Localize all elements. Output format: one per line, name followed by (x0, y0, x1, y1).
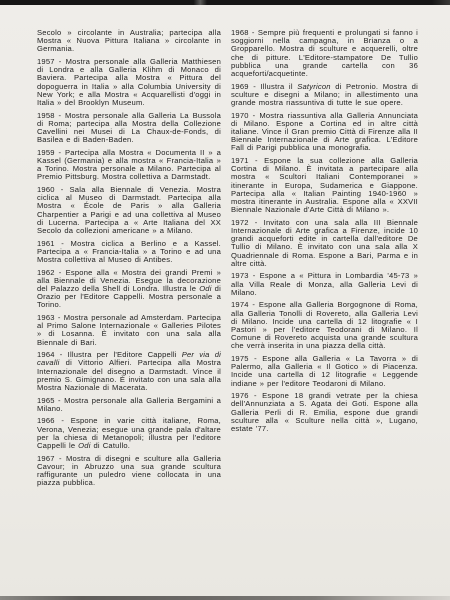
chronology-entry: 1968 - Sempre più frequenti e prolungati… (231, 29, 418, 78)
entry-text: Mostra riassuntiva alla Galleria Annunci… (231, 111, 418, 153)
chronology-entry: 1957 - Mostra personale alla Galleria Ma… (37, 58, 221, 107)
entry-text: Espone la sua collezione alla Galleria C… (231, 156, 418, 214)
chronology-entry: 1960 - Sala alla Biennale di Venezia. Mo… (37, 186, 221, 235)
chronology-entry: 1965 - Mostra personale alla Galleria Be… (37, 397, 221, 413)
scan-edge-top (0, 0, 450, 5)
chronology-entry: 1963 - Mostra personale ad Amsterdam. Pa… (37, 314, 221, 347)
chronology-entry: 1970 - Mostra riassuntiva alla Galleria … (231, 112, 418, 153)
entry-text: Partecipa alla Mostra « Documenta II » a… (37, 148, 221, 182)
chronology-entry: 1966 - Espone in varie città italiane, R… (37, 417, 221, 450)
chronology-entry: 1964 - Illustra per l'Editore Cappelli P… (37, 351, 221, 392)
chronology-entry: 1976 - Espone 18 grandi vetrate per la c… (231, 392, 418, 433)
chronology-entry: 1962 - Espone alla « Mostra dei grandi P… (37, 269, 221, 310)
entry-text: Mostra personale alla Galleria La Bussol… (37, 111, 221, 145)
entry-text: Espone a « Pittura in Lombardia '45-73 »… (231, 271, 418, 296)
entry-text: Secolo » circolante in Australia; partec… (37, 28, 221, 53)
chronology-entry: 1973 - Espone a « Pittura in Lombardia '… (231, 272, 418, 297)
chronology-entry: Secolo » circolante in Australia; partec… (37, 29, 221, 54)
entry-text: di Vittorio Alfieri. Partecipa alla Most… (37, 358, 221, 392)
entry-text: Mostra personale alla Galleria Bergamini… (37, 396, 221, 413)
chronology-entry: 1967 - Mostra di disegni e sculture alla… (37, 455, 221, 488)
chronology-entry: 1958 - Mostra personale alla Galleria La… (37, 112, 221, 145)
chronology-entry: 1969 - Illustra il Satyricon di Petronio… (231, 83, 418, 108)
chronology-entry: 1961 - Mostra ciclica a Berlino e a Kass… (37, 240, 221, 265)
chronology-entry: 1974 - Espone alla Galleria Borgognone d… (231, 301, 418, 350)
scan-edge-bottom (0, 596, 450, 600)
scanned-book-page: Secolo » circolante in Australia; partec… (0, 0, 450, 600)
left-column: Secolo » circolante in Australia; partec… (37, 29, 221, 492)
entry-text: Mostra personale alla Galleria Matthiese… (37, 57, 221, 107)
entry-text: Odi (78, 441, 90, 450)
chronology-entry: 1959 - Partecipa alla Mostra « Documenta… (37, 149, 221, 182)
entry-text: Mostra personale ad Amsterdam. Partecipa… (37, 313, 221, 347)
entry-text: Sempre più frequenti e prolungati si fan… (231, 28, 418, 78)
entry-text: Espone alla Galleria Borgognone di Roma,… (231, 300, 418, 350)
entry-text: di Catullo. (91, 441, 130, 450)
right-column: 1968 - Sempre più frequenti e prolungati… (231, 29, 418, 492)
entry-text: Invitato con una sala alla III Biennale … (231, 218, 418, 268)
chronology-entry: 1975 - Espone alla Galleria « La Tavorra… (231, 355, 418, 388)
entry-text: Sala alla Biennale di Venezia. Mostra ci… (37, 185, 221, 235)
chronology-entry: 1971 - Espone la sua collezione alla Gal… (231, 157, 418, 214)
chronology-text-block: Secolo » circolante in Australia; partec… (37, 29, 418, 492)
chronology-entry: 1972 - Invitato con una sala alla III Bi… (231, 219, 418, 268)
